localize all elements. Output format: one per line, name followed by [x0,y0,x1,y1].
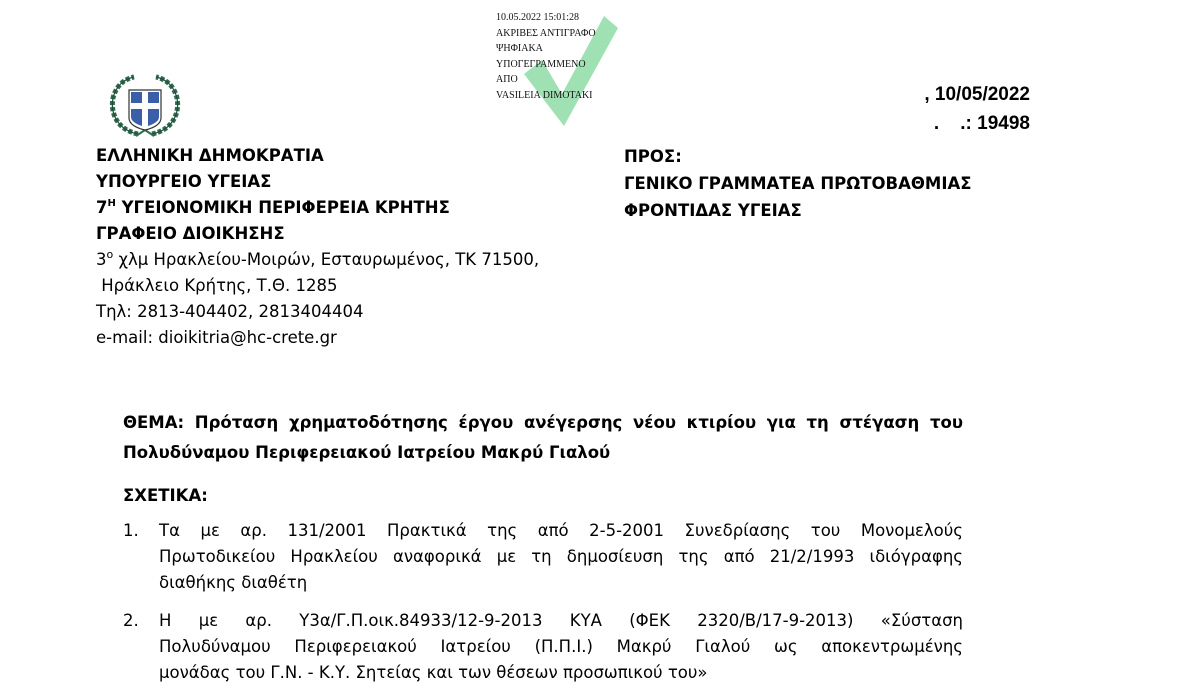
stamp-line: ΑΚΡΙΒΕΣ ΑΝΤΙΓΡΑΦΟ [496,26,596,42]
stamp-text: 10.05.2022 15:01:28 ΑΚΡΙΒΕΣ ΑΝΤΙΓΡΑΦΟ ΨΗ… [496,10,596,104]
sender-ministry: ΥΠΟΥΡΓΕΙΟ ΥΓΕΙΑΣ [96,169,539,195]
recipient-label: ΠΡΟΣ: [624,143,972,170]
address-street: χλμ Ηρακλείου-Μοιρών, Εσταυρωμένος, ΤΚ 7… [113,250,539,269]
list-item-line: Πρωτοδικείου Ηρακλείου αναφορικά με τη δ… [159,544,963,570]
sender-region: 7Η ΥΓΕΙΟΝΟΜΙΚΗ ΠΕΡΙΦΕΡΕΙΑ ΚΡΗΤΗΣ [96,195,539,221]
sender-country: ΕΛΛΗΝΙΚΗ ΔΗΜΟΚΡΑΤΙΑ [96,143,539,169]
stamp-line: ΥΠΟΓΕΓΡΑΜΜΕΝΟ [496,57,596,73]
document-date: , 10/05/2022 [880,80,1030,109]
subject-line: ΘΕΜΑ: Πρόταση χρηματοδότησης έργου ανέγε… [123,408,963,438]
region-number: 7 [96,198,107,217]
region-name: ΥΓΕΙΟΝΟΜΙΚΗ ΠΕΡΙΦΕΡΕΙΑ ΚΡΗΤΗΣ [116,198,450,217]
sender-phone: Τηλ: 2813-404402, 2813404404 [96,299,539,325]
recipient-line: ΓΕΝΙΚΟ ΓΡΑΜΜΑΤΕΑ ΠΡΩΤΟΒΑΘΜΙΑΣ [624,170,972,197]
sender-address: 3ο χλμ Ηρακλείου-Μοιρών, Εσταυρωμένος, Τ… [96,247,539,273]
stamp-line: ΑΠΟ [496,72,596,88]
sender-city: Ηράκλειο Κρήτης, Τ.Θ. 1285 [96,273,539,299]
list-item-text: Τα με αρ. 131/2001 Πρακτικά της από 2-5-… [159,518,963,596]
list-item-line: Η με αρ. Υ3α/Γ.Π.οικ.84933/12-9-2013 ΚΥΑ… [159,608,963,634]
subject-line: Πολυδύναμου Περιφερειακού Ιατρείου Μακρύ… [123,438,963,468]
stamp-timestamp: 10.05.2022 15:01:28 [496,10,596,26]
stamp-line: ΨΗΦΙΑΚΑ [496,41,596,57]
recipient-line: ΦΡΟΝΤΙΔΑΣ ΥΓΕΙΑΣ [624,197,972,224]
digital-signature-stamp: 10.05.2022 15:01:28 ΑΚΡΙΒΕΣ ΑΝΤΙΓΡΑΦΟ ΨΗ… [496,8,636,128]
sender-office: ΓΡΑΦΕΙΟ ΔΙΟΙΚΗΣΗΣ [96,221,539,247]
related-heading: ΣΧΕΤΙΚΑ: [123,484,208,508]
list-item-line: διαθήκης διαθέτη [159,570,963,596]
address-km: 3 [96,250,107,269]
list-item: 2. Η με αρ. Υ3α/Γ.Π.οικ.84933/12-9-2013 … [123,608,963,686]
coat-of-arms-icon [108,74,182,140]
recipient-block: ΠΡΟΣ: ΓΕΝΙΚΟ ΓΡΑΜΜΑΤΕΑ ΠΡΩΤΟΒΑΘΜΙΑΣ ΦΡΟΝ… [624,143,972,224]
document-date-block: , 10/05/2022 . .: 19498 [880,80,1030,138]
list-item: 1. Τα με αρ. 131/2001 Πρακτικά της από 2… [123,518,963,596]
region-ordinal: Η [107,198,115,209]
sender-email: e-mail: dioikitria@hc-crete.gr [96,325,539,351]
list-item-line: μονάδας του Γ.Ν. - Κ.Υ. Σητείας και των … [159,660,963,686]
protocol-number: . .: 19498 [880,109,1030,138]
list-item-line: Πολυδύναμου Περιφερειακού Ιατρείου (Π.Π.… [159,634,963,660]
related-list: 1. Τα με αρ. 131/2001 Πρακτικά της από 2… [123,518,963,686]
list-item-number: 2. [123,608,139,634]
list-item-text: Η με αρ. Υ3α/Γ.Π.οικ.84933/12-9-2013 ΚΥΑ… [159,608,963,686]
sender-block: ΕΛΛΗΝΙΚΗ ΔΗΜΟΚΡΑΤΙΑ ΥΠΟΥΡΓΕΙΟ ΥΓΕΙΑΣ 7Η … [96,143,539,351]
list-item-number: 1. [123,518,139,544]
subject: ΘΕΜΑ: Πρόταση χρηματοδότησης έργου ανέγε… [123,408,963,468]
stamp-signer: VASILEIA DIMOTAKI [496,88,596,104]
list-item-line: Τα με αρ. 131/2001 Πρακτικά της από 2-5-… [159,518,963,544]
